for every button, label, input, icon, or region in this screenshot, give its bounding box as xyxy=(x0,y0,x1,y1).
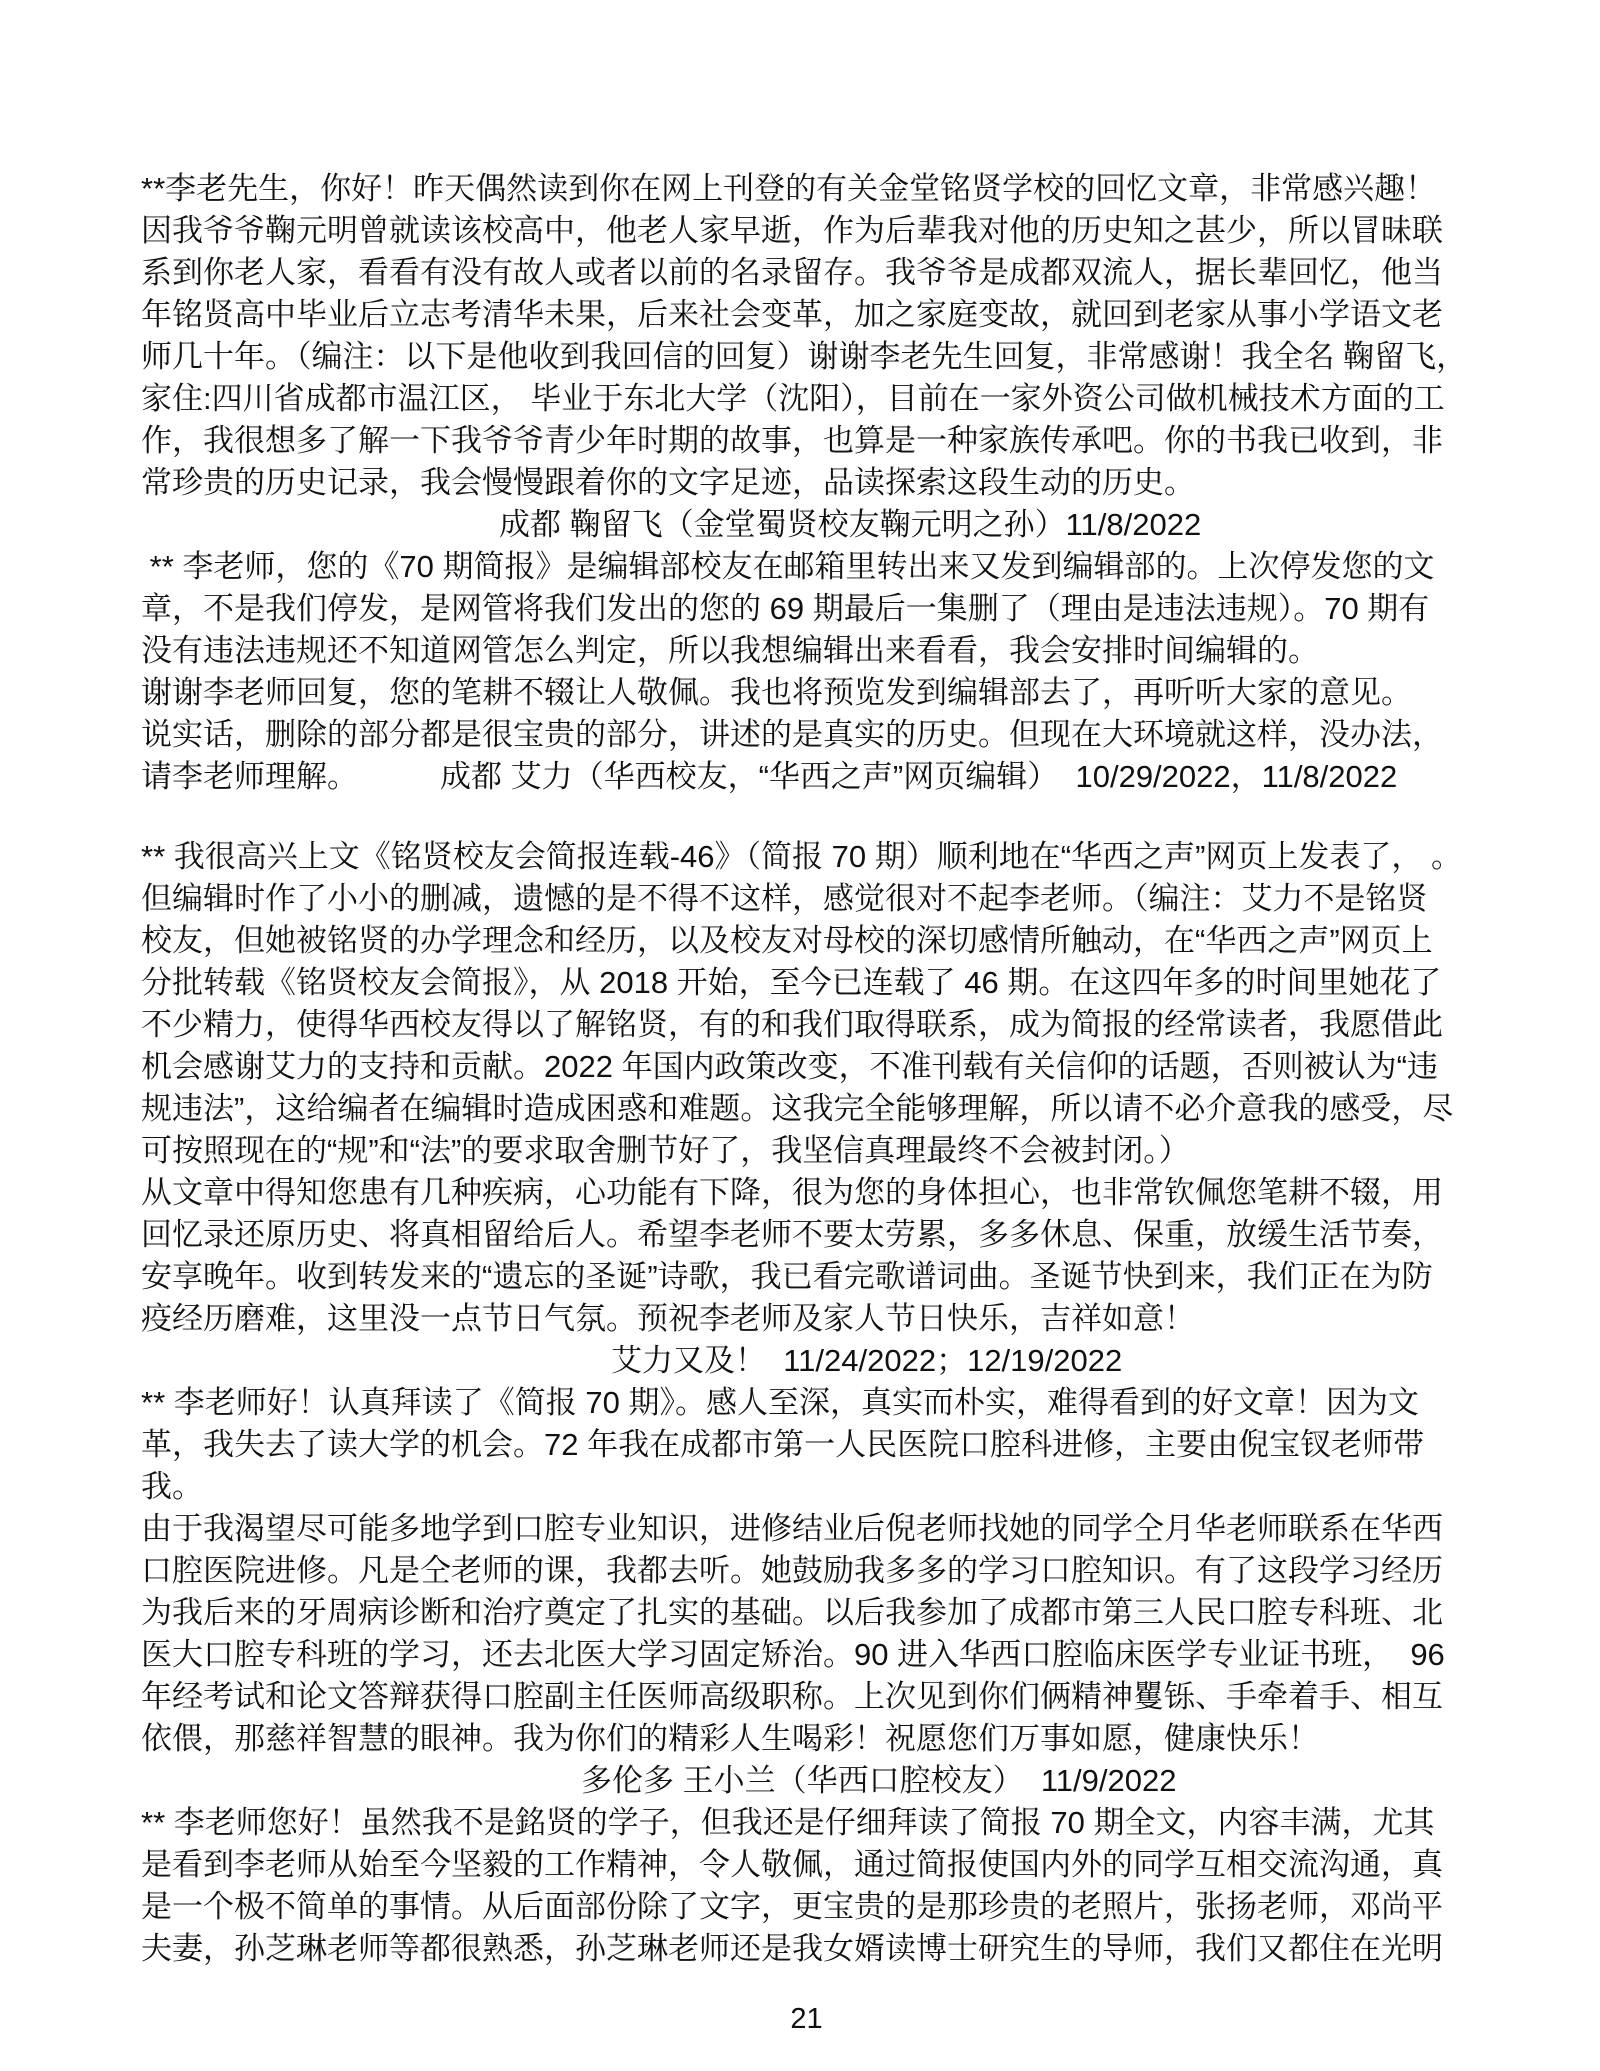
signature-line: 艾力又及！ 11/24/2022；12/19/2022 xyxy=(141,1340,1472,1382)
text-line: 回忆录还原历史、将真相留给后人。希望李老师不要太劳累，多多休息、保重，放缓生活节… xyxy=(141,1214,1472,1256)
text-line: ** 李老师好！认真拜读了《简报 70 期》。感人至深，真实而朴实，难得看到的好… xyxy=(141,1382,1472,1424)
text-line: 没有违法违规还不知道网管怎么判定，所以我想编辑出来看看，我会安排时间编辑的。 xyxy=(141,630,1472,672)
text-line: 疫经历磨难，这里没一点节日气氛。预祝李老师及家人节日快乐，吉祥如意！ xyxy=(141,1298,1472,1340)
text-line: 由于我渴望尽可能多地学到口腔专业知识，进修结业后倪老师找她的同学仝月华老师联系在… xyxy=(141,1508,1472,1550)
signature-line: 多伦多 王小兰（华西口腔校友） 11/9/2022 xyxy=(141,1760,1472,1802)
text-line: 从文章中得知您患有几种疾病，心功能有下降，很为您的身体担心，也非常钦佩您笔耕不辍… xyxy=(141,1172,1472,1214)
text-line: 章，不是我们停发，是网管将我们发出的您的 69 期最后一集删了（理由是违法违规）… xyxy=(141,588,1472,630)
text-line: 校友，但她被铭贤的办学理念和经历，以及校友对母校的深切感情所触动，在“华西之声”… xyxy=(141,920,1472,962)
text-line: 依偎，那慈祥智慧的眼神。我为你们的精彩人生喝彩！祝愿您们万事如愿，健康快乐！ xyxy=(141,1718,1472,1760)
letter-non-mingxian-reader: ** 李老师您好！虽然我不是銘贤的学子，但我还是仔细拜读了简报 70 期全文，内… xyxy=(141,1802,1472,1970)
letter-wang-xiaolan: ** 李老师好！认真拜读了《简报 70 期》。感人至深，真实而朴实，难得看到的好… xyxy=(141,1382,1472,1802)
text-line: 谢谢李老师回复，您的笔耕不辍让人敬佩。我也将预览发到编辑部去了，再听听大家的意见… xyxy=(141,672,1472,714)
text-line: 规违法”，这给编者在编辑时造成困惑和难题。这我完全能够理解，所以请不必介意我的感… xyxy=(141,1088,1472,1130)
text-line: 但编辑时作了小小的删减，遗憾的是不得不这样，感觉很对不起李老师。（编注：艾力不是… xyxy=(141,878,1472,920)
text-line: 安享晚年。收到转发来的“遗忘的圣诞”诗歌，我已看完歌谱词曲。圣诞节快到来，我们正… xyxy=(141,1256,1472,1298)
text-line: 家住:四川省成都市温江区， 毕业于东北大学（沈阳），目前在一家外资公司做机械技术… xyxy=(141,378,1472,420)
signature-line: 成都 鞠留飞（金堂蜀贤校友鞠元明之孙）11/8/2022 xyxy=(141,504,1472,546)
document-page: **李老先生，你好！昨天偶然读到你在网上刊登的有关金堂铭贤学校的回忆文章，非常感… xyxy=(0,0,1600,2071)
text-line: 年铭贤高中毕业后立志考清华未果，后来社会变革，加之家庭变故，就回到老家从事小学语… xyxy=(141,294,1472,336)
text-line: 分批转载《铭贤校友会简报》，从 2018 开始，至今已连载了 46 期。在这四年… xyxy=(141,962,1472,1004)
text-line: 革，我失去了读大学的机会。72 年我在成都市第一人民医院口腔科进修，主要由倪宝钗… xyxy=(141,1424,1472,1508)
letter-li-reply-to-aili: ** 我很高兴上文《铭贤校友会简报连载-46》（简报 70 期）顺利地在“华西之… xyxy=(141,836,1472,1382)
text-line: 医大口腔专科班的学习，还去北医大学习固定矫治。90 进入华西口腔临床医学专业证书… xyxy=(141,1634,1472,1676)
letter-aili-editor: ** 李老师，您的《70 期简报》是编辑部校友在邮箱里转出来又发到编辑部的。上次… xyxy=(141,546,1472,798)
text-line: **李老先生，你好！昨天偶然读到你在网上刊登的有关金堂铭贤学校的回忆文章，非常感… xyxy=(141,168,1472,210)
page-number: 21 xyxy=(141,1998,1472,2040)
text-line: ** 李老师您好！虽然我不是銘贤的学子，但我还是仔细拜读了简报 70 期全文，内… xyxy=(141,1802,1472,1844)
text-line: ** 李老师，您的《70 期简报》是编辑部校友在邮箱里转出来又发到编辑部的。上次… xyxy=(141,546,1472,588)
text-line: 夫妻，孙芝琳老师等都很熟悉，孙芝琳老师还是我女婿读博士研究生的导师，我们又都住在… xyxy=(141,1928,1472,1970)
text-line: 师几十年。（编注：以下是他收到我回信的回复）谢谢李老先生回复，非常感谢！我全名 … xyxy=(141,336,1472,378)
text-line: 年经考试和论文答辩获得口腔副主任医师高级职称。上次见到你们俩精神矍铄、手牵着手、… xyxy=(141,1676,1472,1718)
text-line: 作，我很想多了解一下我爷爷青少年时期的故事，也算是一种家族传承吧。你的书我已收到… xyxy=(141,420,1472,462)
closing-text: 请李老师理解。 xyxy=(141,759,358,794)
text-line: 不少精力，使得华西校友得以了解铭贤，有的和我们取得联系，成为简报的经常读者，我愿… xyxy=(141,1004,1472,1046)
text-line: 为我后来的牙周病诊断和治疗奠定了扎实的基础。以后我参加了成都市第三人民口腔专科班… xyxy=(141,1592,1472,1634)
closing-signature-line: 请李老师理解。成都 艾力（华西校友，“华西之声”网页编辑） 10/29/2022… xyxy=(141,756,1472,798)
text-line: 可按照现在的“规”和“法”的要求取舍删节好了，我坚信真理最终不会被封闭。） xyxy=(141,1130,1472,1172)
text-line: 常珍贵的历史记录，我会慢慢跟着你的文字足迹，品读探索这段生动的历史。 xyxy=(141,462,1472,504)
text-line: 机会感谢艾力的支持和贡献。2022 年国内政策改变，不准刊载有关信仰的话题，否则… xyxy=(141,1046,1472,1088)
text-line: 系到你老人家，看看有没有故人或者以前的名录留存。我爷爷是成都双流人，据长辈回忆，… xyxy=(141,252,1472,294)
text-line: 说实话，删除的部分都是很宝贵的部分，讲述的是真实的历史。但现在大环境就这样，没办… xyxy=(141,714,1472,756)
text-line: 是看到李老师从始至今坚毅的工作精神，令人敬佩，通过简报使国内外的同学互相交流沟通… xyxy=(141,1844,1472,1886)
text-line: ** 我很高兴上文《铭贤校友会简报连载-46》（简报 70 期）顺利地在“华西之… xyxy=(141,836,1472,878)
letter-ju-liufei: **李老先生，你好！昨天偶然读到你在网上刊登的有关金堂铭贤学校的回忆文章，非常感… xyxy=(141,168,1472,546)
signature-text: 成都 艾力（华西校友，“华西之声”网页编辑） 10/29/2022，11/8/2… xyxy=(440,759,1397,794)
text-line: 因我爷爷鞠元明曾就读该校高中，他老人家早逝，作为后辈我对他的历史知之甚少，所以冒… xyxy=(141,210,1472,252)
text-line: 口腔医院进修。凡是仝老师的课，我都去听。她鼓励我多多的学习口腔知识。有了这段学习… xyxy=(141,1550,1472,1592)
text-line: 是一个极不简单的事情。从后面部份除了文字，更宝贵的是那珍贵的老照片，张扬老师，邓… xyxy=(141,1886,1472,1928)
